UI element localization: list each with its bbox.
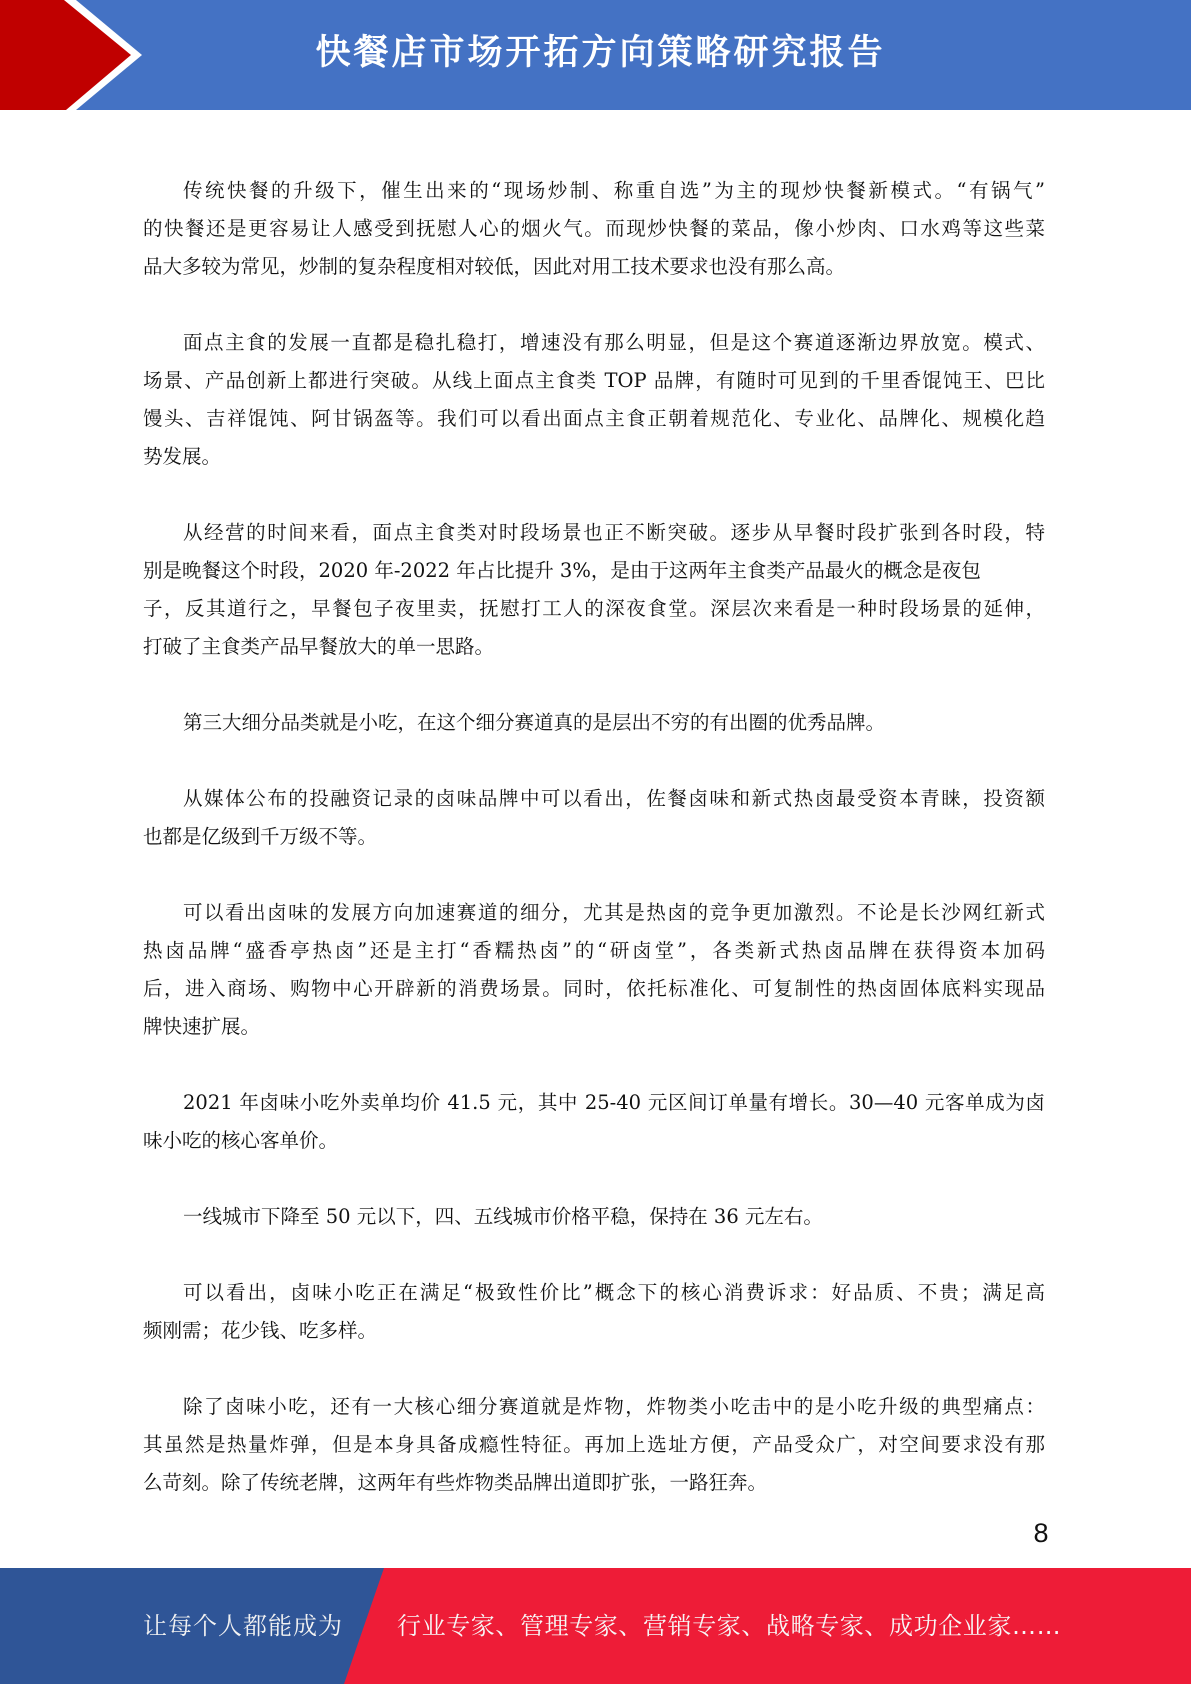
text-line: 其虽然是热量炸弹，但是本身具备成瘾性特征。再加上选址方便，产品受众广，对空间要求…: [143, 1426, 1045, 1464]
text-line: 也都是亿级到千万级不等。: [143, 818, 1045, 856]
text-line: 打破了主食类产品早餐放大的单一思路。: [143, 628, 1045, 666]
paragraph: 可以看出，卤味小吃正在满足“极致性价比”概念下的核心消费诉求：好品质、不贵；满足…: [143, 1274, 1045, 1350]
text-line: 势发展。: [143, 438, 1045, 476]
text-line: 子，反其道行之，早餐包子夜里卖，抚慰打工人的深夜食堂。深层次来看是一种时段场景的…: [143, 590, 1045, 628]
paragraph: 从媒体公布的投融资记录的卤味品牌中可以看出，佐餐卤味和新式热卤最受资本青睐，投资…: [143, 780, 1045, 856]
paragraph: 面点主食的发展一直都是稳扎稳打，增速没有那么明显，但是这个赛道逐渐边界放宽。模式…: [143, 324, 1045, 476]
text-line: 的快餐还是更容易让人感受到抚慰人心的烟火气。而现炒快餐的菜品，像小炒肉、口水鸡等…: [143, 210, 1045, 248]
paragraph: 从经营的时间来看，面点主食类对时段场景也正不断突破。逐步从早餐时段扩张到各时段，…: [143, 514, 1045, 666]
text-line: 第三大细分品类就是小吃，在这个细分赛道真的是层出不穷的有出圈的优秀品牌。: [143, 704, 1045, 742]
text-line: 么苛刻。除了传统老牌，这两年有些炸物类品牌出道即扩张，一路狂奔。: [143, 1464, 1045, 1502]
footer-slogan-roles: 行业专家、管理专家、营销专家、战略专家、成功企业家……: [397, 1568, 1061, 1684]
report-title: 快餐店市场开拓方向策略研究报告: [0, 0, 1191, 110]
paragraph: 除了卤味小吃，还有一大核心细分赛道就是炸物，炸物类小吃击中的是小吃升级的典型痛点…: [143, 1388, 1045, 1502]
text-line: 除了卤味小吃，还有一大核心细分赛道就是炸物，炸物类小吃击中的是小吃升级的典型痛点…: [143, 1388, 1045, 1426]
text-line: 热卤品牌“盛香亭热卤”还是主打“香糯热卤”的“研卤堂”，各类新式热卤品牌在获得资…: [143, 932, 1045, 970]
text-line: 频刚需；花少钱、吃多样。: [143, 1312, 1045, 1350]
text-line: 可以看出，卤味小吃正在满足“极致性价比”概念下的核心消费诉求：好品质、不贵；满足…: [143, 1274, 1045, 1312]
page-number: 8: [1026, 1518, 1056, 1549]
text-line: 牌快速扩展。: [143, 1008, 1045, 1046]
text-line: 从媒体公布的投融资记录的卤味品牌中可以看出，佐餐卤味和新式热卤最受资本青睐，投资…: [143, 780, 1045, 818]
paragraph: 第三大细分品类就是小吃，在这个细分赛道真的是层出不穷的有出圈的优秀品牌。: [143, 704, 1045, 742]
text-line: 2021 年卤味小吃外卖单均价 41.5 元，其中 25-40 元区间订单量有增…: [143, 1084, 1045, 1122]
text-line: 馒头、吉祥馄饨、阿甘锅盔等。我们可以看出面点主食正朝着规范化、专业化、品牌化、规…: [143, 400, 1045, 438]
report-header: 快餐店市场开拓方向策略研究报告: [0, 0, 1191, 110]
text-line: 后，进入商场、购物中心开辟新的消费场景。同时，依托标准化、可复制性的热卤固体底料…: [143, 970, 1045, 1008]
text-line: 传统快餐的升级下，催生出来的“现场炒制、称重自选”为主的现炒快餐新模式。“有锅气…: [143, 172, 1045, 210]
paragraph: 传统快餐的升级下，催生出来的“现场炒制、称重自选”为主的现炒快餐新模式。“有锅气…: [143, 172, 1045, 286]
text-line: 味小吃的核心客单价。: [143, 1122, 1045, 1160]
footer-slogan-lead: 让每个人都能成为: [143, 1568, 343, 1684]
paragraph: 2021 年卤味小吃外卖单均价 41.5 元，其中 25-40 元区间订单量有增…: [143, 1084, 1045, 1160]
text-line: 别是晚餐这个时段，2020 年-2022 年占比提升 3%，是由于这两年主食类产…: [143, 552, 1045, 590]
text-line: 可以看出卤味的发展方向加速赛道的细分，尤其是热卤的竞争更加激烈。不论是长沙网红新…: [143, 894, 1045, 932]
text-line: 一线城市下降至 50 元以下，四、五线城市价格平稳，保持在 36 元左右。: [143, 1198, 1045, 1236]
text-line: 场景、产品创新上都进行突破。从线上面点主食类 TOP 品牌，有随时可见到的千里香…: [143, 362, 1045, 400]
paragraph: 一线城市下降至 50 元以下，四、五线城市价格平稳，保持在 36 元左右。: [143, 1198, 1045, 1236]
text-line: 面点主食的发展一直都是稳扎稳打，增速没有那么明显，但是这个赛道逐渐边界放宽。模式…: [143, 324, 1045, 362]
paragraph: 可以看出卤味的发展方向加速赛道的细分，尤其是热卤的竞争更加激烈。不论是长沙网红新…: [143, 894, 1045, 1046]
page-footer: 让每个人都能成为 行业专家、管理专家、营销专家、战略专家、成功企业家……: [0, 1568, 1191, 1684]
text-line: 品大多较为常见，炒制的复杂程度相对较低，因此对用工技术要求也没有那么高。: [143, 248, 1045, 286]
text-line: 从经营的时间来看，面点主食类对时段场景也正不断突破。逐步从早餐时段扩张到各时段，…: [143, 514, 1045, 552]
